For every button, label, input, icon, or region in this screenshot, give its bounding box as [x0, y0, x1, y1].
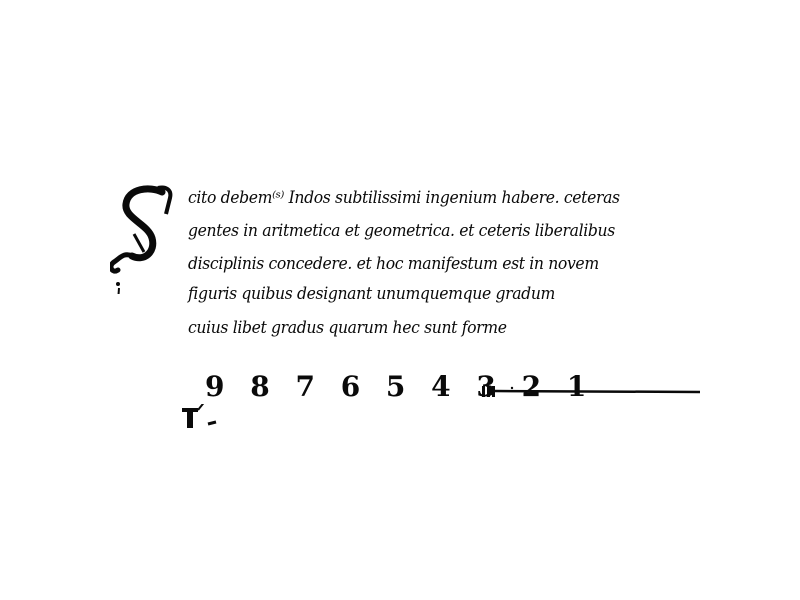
manuscript-line-2: gentes in aritmetica et geometrica. et c… [188, 221, 615, 241]
manuscript-line-5: cuius libet gradus quarum hec sunt forme [188, 318, 507, 338]
horizontal-rule-line [482, 383, 700, 399]
page: cito debem⁽ˢ⁾ Indos subtilissimi ingeniu… [0, 0, 800, 600]
manuscript-line-3: disciplinis concedere. et hoc manifestum… [188, 254, 599, 274]
illuminated-initial-s-icon [110, 184, 180, 294]
manuscript-fragment: cito debem⁽ˢ⁾ Indos subtilissimi ingeniu… [110, 178, 710, 428]
manuscript-line-1: cito debem⁽ˢ⁾ Indos subtilissimi ingeniu… [188, 188, 620, 208]
partial-letter-fragment-icon [180, 404, 220, 428]
manuscript-line-4: figuris quibus designant unumquemque gra… [188, 284, 555, 304]
